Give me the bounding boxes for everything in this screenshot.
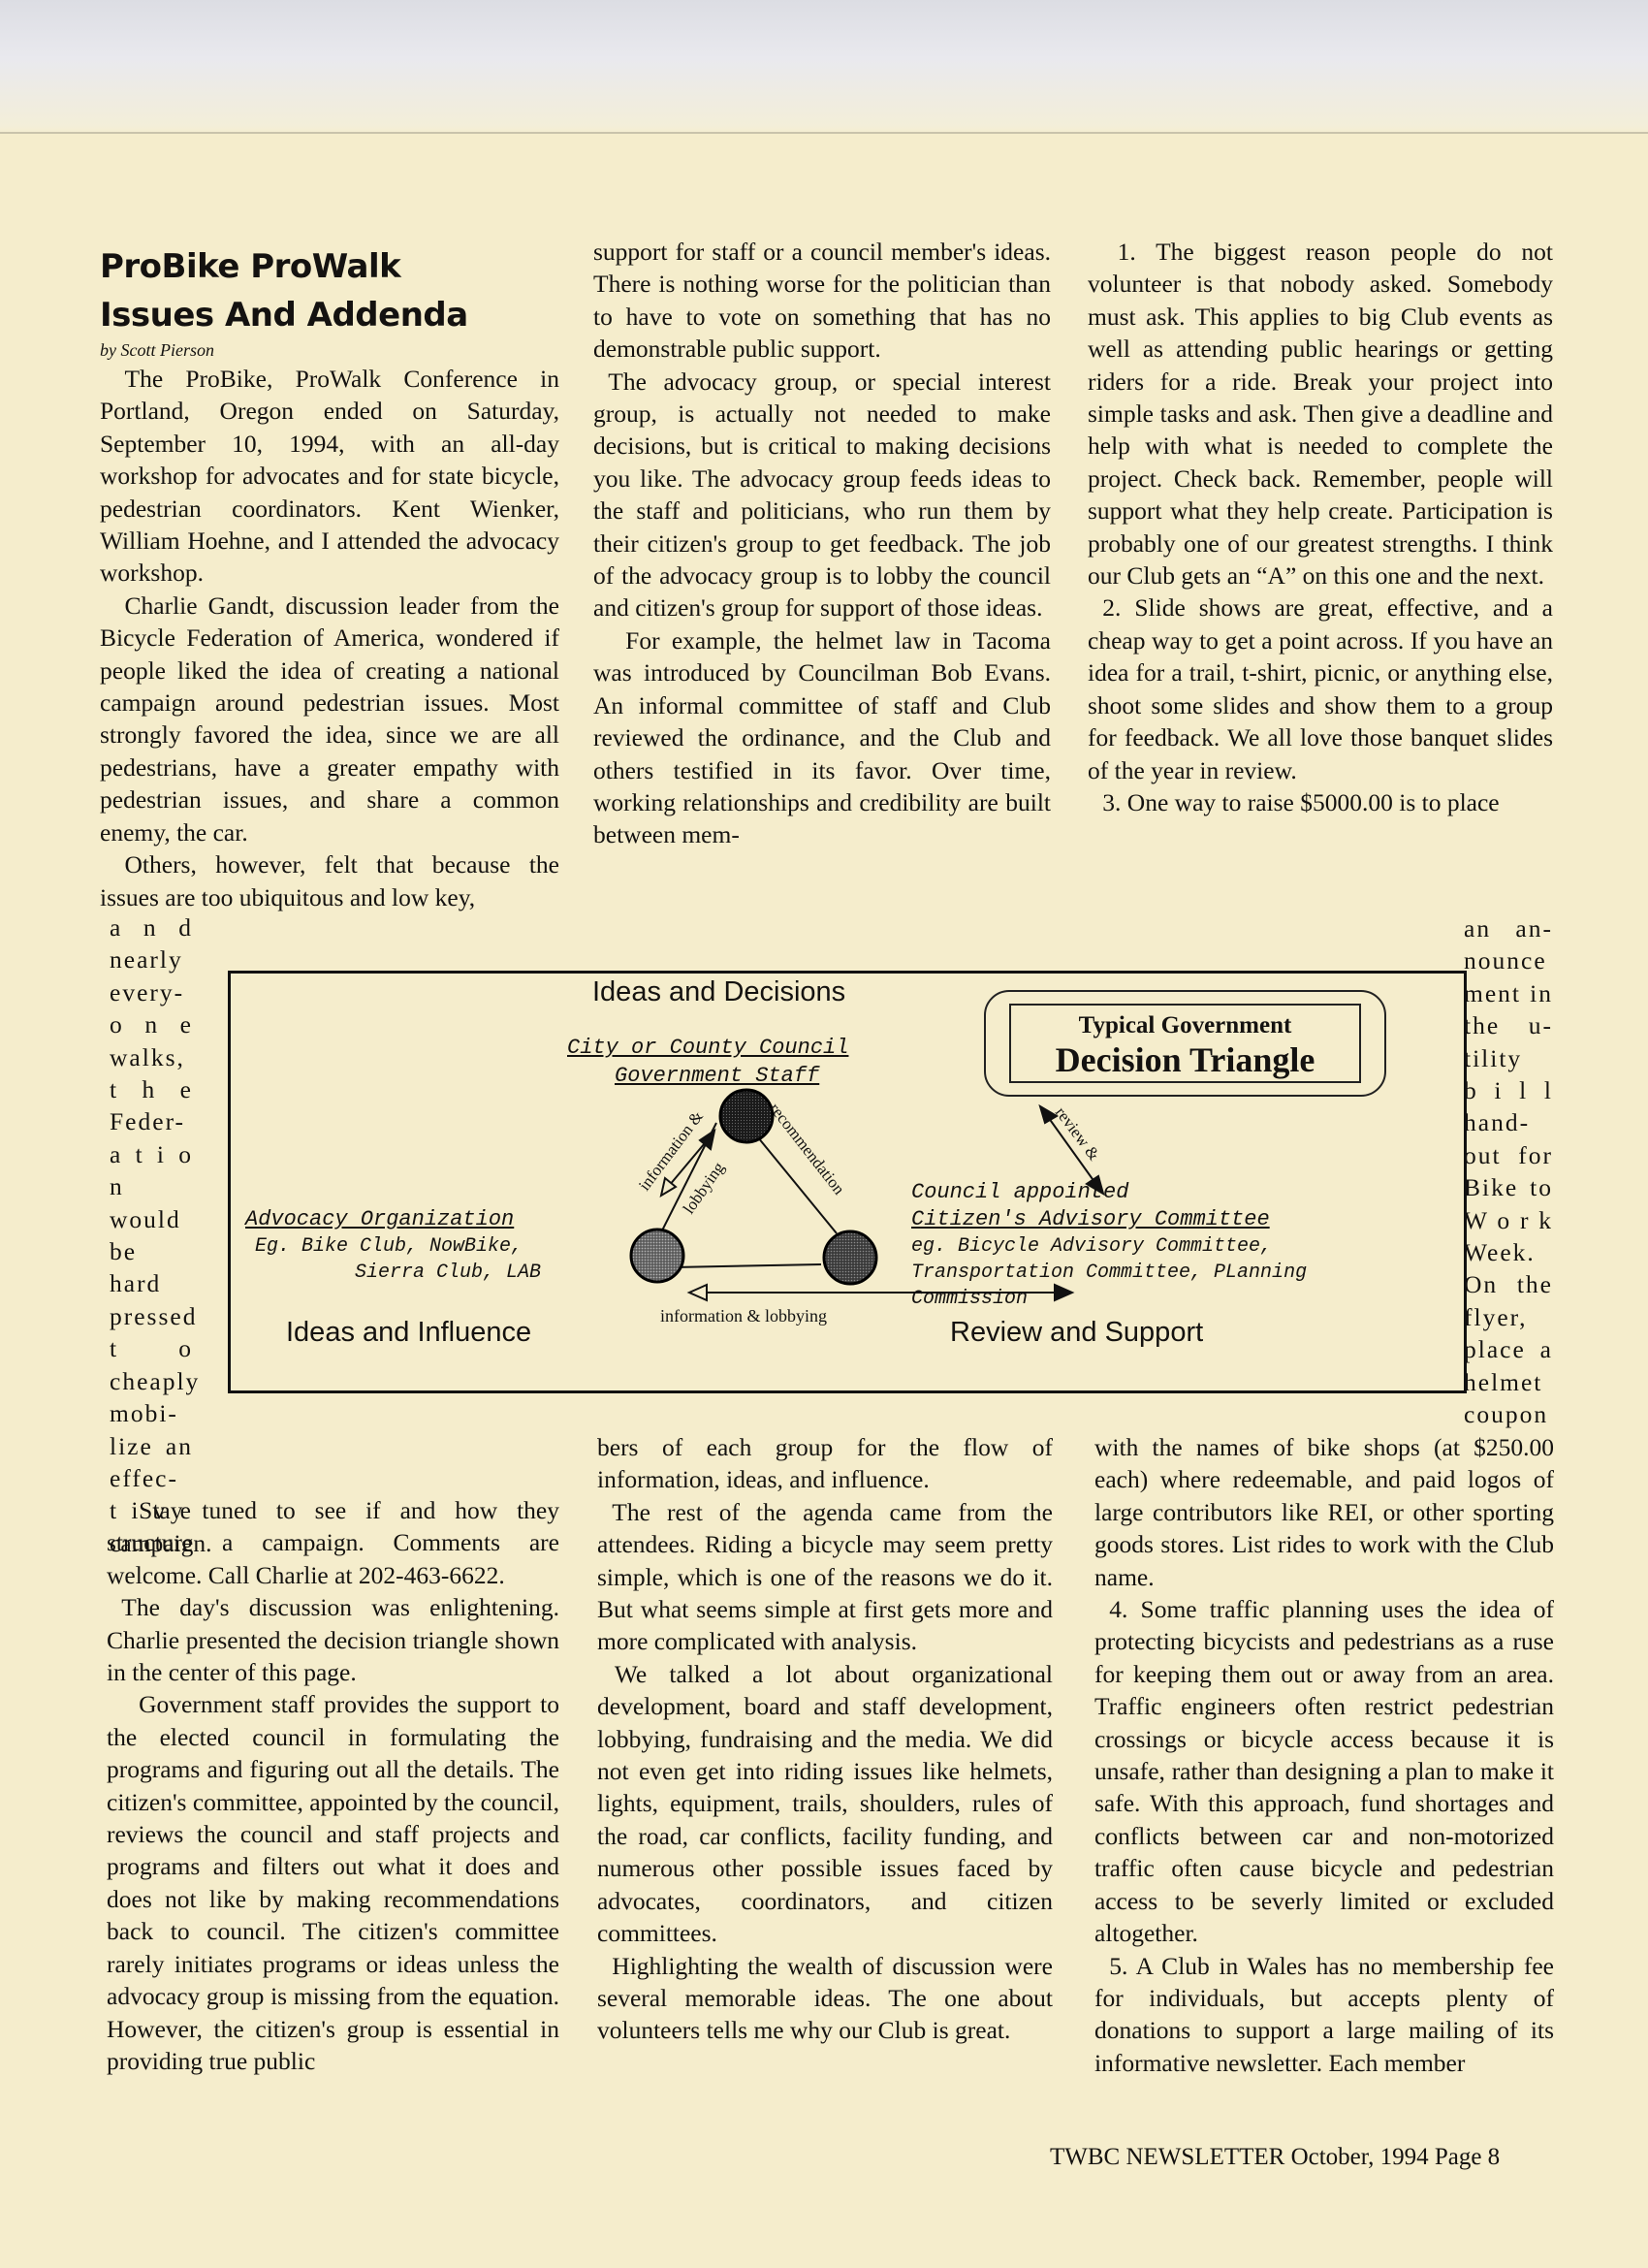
narrow-line: nearly <box>110 943 193 975</box>
narrow-line: mobi- <box>110 1397 193 1429</box>
narrow-line: ment in <box>1464 977 1553 1009</box>
paragraph: support for staff or a council member's … <box>593 236 1051 366</box>
narrow-line: place a <box>1464 1333 1553 1365</box>
narrow-line: t o <box>110 1332 193 1364</box>
narrow-line: cheaply <box>110 1365 193 1397</box>
narrow-line: Week. <box>1464 1236 1553 1268</box>
narrow-line: the u- <box>1464 1009 1553 1041</box>
headline-line-2: Issues And Addenda <box>100 296 468 335</box>
column-2: support for staff or a council member's … <box>593 236 1051 851</box>
paragraph: 5. A Club in Wales has no membership fee… <box>1094 1950 1554 2080</box>
column-3-narrow-wrap: an an- nounce ment in the u- tility b i … <box>1464 912 1553 1431</box>
paragraph: 2. Slide shows are great, effective, and… <box>1088 591 1553 785</box>
narrow-line: Feder- <box>110 1105 193 1137</box>
paragraph: Charlie Gandt, discussion leader from th… <box>100 590 559 848</box>
narrow-line: out for <box>1464 1139 1553 1171</box>
edge-label-left-inner: lobbying <box>680 1158 729 1217</box>
paragraph: bers of each group for the flow of infor… <box>597 1431 1053 1496</box>
narrow-line: a n d <box>110 911 193 943</box>
column-1-narrow-wrap: a n d nearly every- o n e walks, t h e F… <box>110 911 193 1559</box>
triangle-graphic: information & lobbying review & recommen… <box>228 971 1467 1393</box>
edge-label-left-outer: information & <box>635 1107 707 1194</box>
paragraph: We talked a lot about organizational dev… <box>597 1658 1053 1950</box>
column-1: ProBike ProWalk Issues And Addenda by Sc… <box>100 242 559 913</box>
narrow-line: a t i o n <box>110 1138 193 1203</box>
narrow-line: On the <box>1464 1268 1553 1300</box>
narrow-line: pressed <box>110 1300 193 1332</box>
narrow-line: nounce <box>1464 944 1553 976</box>
narrow-line: tility <box>1464 1042 1553 1074</box>
column-2-lower: bers of each group for the flow of infor… <box>597 1431 1053 2047</box>
page-footer: TWBC NEWSLETTER October, 1994 Page 8 <box>1050 2144 1500 2171</box>
narrow-line: walks, <box>110 1041 193 1073</box>
narrow-line: flyer, <box>1464 1301 1553 1333</box>
narrow-line: W o r k <box>1464 1204 1553 1236</box>
narrow-line: helmet <box>1464 1366 1553 1398</box>
narrow-line: t h e <box>110 1073 193 1105</box>
paragraph: Others, however, felt that because the i… <box>100 848 559 913</box>
paragraph: The rest of the agenda came from the att… <box>597 1496 1053 1658</box>
narrow-line: effec- <box>110 1462 193 1494</box>
narrow-line: would <box>110 1203 193 1235</box>
top-node-circle <box>720 1090 773 1142</box>
narrow-line: lize an <box>110 1430 193 1462</box>
column-3-lower: with the names of bike shops (at $250.00… <box>1094 1431 1554 2079</box>
narrow-line: be hard <box>110 1235 193 1300</box>
edge-label-right-inner: recommendation <box>766 1100 849 1198</box>
narrow-line: an an- <box>1464 912 1553 944</box>
paragraph: For example, the helmet law in Tacoma wa… <box>593 624 1051 851</box>
headline-line-1: ProBike ProWalk <box>100 247 400 286</box>
decision-triangle-diagram: Ideas and Decisions City or County Counc… <box>228 971 1467 1393</box>
paragraph: The advocacy group, or special interest … <box>593 366 1051 624</box>
paragraph: Stay tuned to see if and how they struct… <box>107 1494 559 1591</box>
byline: by Scott Pierson <box>100 339 559 361</box>
paragraph: 3. One way to raise $5000.00 is to place <box>1088 786 1553 818</box>
narrow-line: b i l l <box>1464 1074 1553 1106</box>
paragraph: 4. Some traffic planning uses the idea o… <box>1094 1593 1554 1949</box>
narrow-line: o n e <box>110 1008 193 1040</box>
paragraph: with the names of bike shops (at $250.00… <box>1094 1431 1554 1593</box>
paragraph: Highlighting the wealth of discussion we… <box>597 1950 1053 2047</box>
narrow-line: coupon <box>1464 1398 1553 1430</box>
paragraph: The ProBike, ProWalk Conference in Portl… <box>100 363 559 590</box>
column-3: 1. The biggest reason people do not volu… <box>1088 236 1553 818</box>
narrow-line: hand- <box>1464 1106 1553 1138</box>
paragraph: 1. The biggest reason people do not volu… <box>1088 236 1553 591</box>
narrow-line: every- <box>110 976 193 1008</box>
paragraph: Government staff provides the support to… <box>107 1688 559 2077</box>
headline: ProBike ProWalk Issues And Addenda <box>100 242 559 339</box>
narrow-line: Bike to <box>1464 1171 1553 1203</box>
edge-label-bottom: information & lobbying <box>660 1306 827 1326</box>
left-node-circle <box>631 1230 683 1282</box>
column-1-lower: Stay tuned to see if and how they struct… <box>107 1494 559 2077</box>
right-node-circle <box>824 1231 876 1284</box>
paragraph: The day's discussion was enlightening. C… <box>107 1591 559 1688</box>
bottom-edge-arrow <box>689 1285 1072 1300</box>
